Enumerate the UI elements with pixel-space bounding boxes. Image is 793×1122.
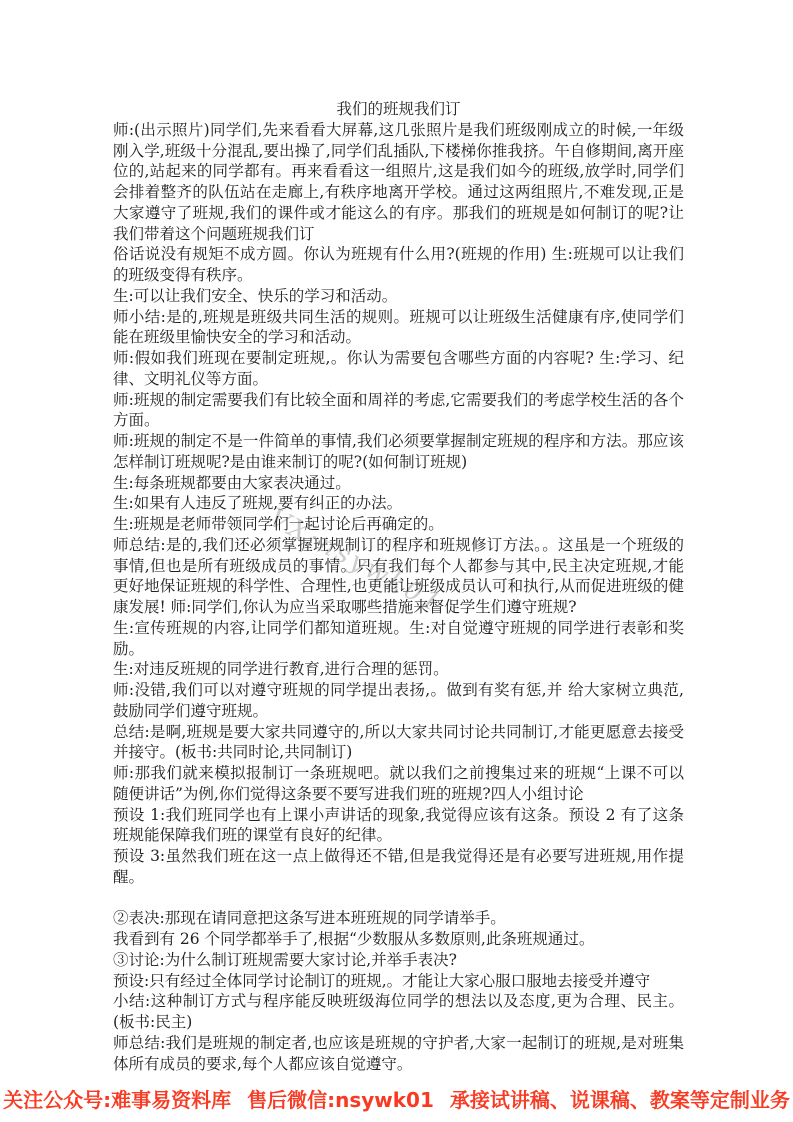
paragraph: ②表决:那现在请同意把这条写进本班班规的同学请举手。 <box>113 908 684 929</box>
paragraph: 预设 3:虽然我们班在这一点上做得还不错,但是我觉得还是有必要写进班规,用作提醒… <box>113 846 684 888</box>
paragraph: 生:宣传班规的内容,让同学们都知道班规。生:对自觉遵守班规的同学进行表彰和奖励。 <box>113 618 684 660</box>
paragraph: 生:班规是老师带领同学们一起讨论后再确定的。 <box>113 514 684 535</box>
paragraph: 师:班规的制定不是一件简单的事情,我们必须要掌握制定班规的程序和方法。那应该怎样… <box>113 431 684 473</box>
paragraph-list: 师:(出示照片)同学们,先来看看大屏幕,这几张照片是我们班级刚成立的时候,一年级… <box>113 120 684 1075</box>
paragraph: 师小结:是的,班规是班级共同生活的规则。班规可以让班级生活健康有序,使同学们能在… <box>113 307 684 349</box>
paragraph: 生:如果有人违反了班规,要有纠正的办法。 <box>113 493 684 514</box>
paragraph: 师:那我们就来模拟报制订一条班规吧。就以我们之前搜集过来的班规“上课不可以随便讲… <box>113 763 684 805</box>
paragraph: 总结:是啊,班规是要大家共同遵守的,所以大家共同讨论共同制订,才能更愿意去接受并… <box>113 722 684 764</box>
footer-services-text: 承接试讲稿、说课稿、教案等定制业务 <box>450 1084 790 1113</box>
paragraph: ③讨论:为什么制订班规需要大家讨论,并举手表决? <box>113 950 684 971</box>
paragraph: 生:对违反班规的同学进行教育,进行合理的惩罚。 <box>113 659 684 680</box>
page-title: 我们的班规我们订 <box>113 99 684 120</box>
paragraph: 我看到有 26 个同学都举手了,根据“少数服从多数原则,此条班规通过。 <box>113 929 684 950</box>
paragraph: 预设:只有经过全体同学讨论制订的班规,。才能让大家心服口服地去接受并遵守 <box>113 971 684 992</box>
paragraph: 师:没错,我们可以对遵守班规的同学提出表扬,。做到有奖有惩,并 给大家树立典范,… <box>113 680 684 722</box>
document-body: 我们的班规我们订 师:(出示照片)同学们,先来看看大屏幕,这几张照片是我们班级刚… <box>113 99 684 1074</box>
paragraph: 师总结:是的,我们还必须掌握班规制订的程序和班规修订方法。。这虽是一个班级的事情… <box>113 535 684 618</box>
paragraph: 预设 1:我们班同学也有上课小声讲话的现象,我觉得应该有这条。预设 2 有了这条… <box>113 805 684 847</box>
paragraph: 俗话说没有规矩不成方圆。你认为班规有什么用?(班规的作用) 生:班规可以让我们的… <box>113 244 684 286</box>
footer-wechat-text: 售后微信:nsywk01 <box>247 1084 434 1113</box>
paragraph: 师:(出示照片)同学们,先来看看大屏幕,这几张照片是我们班级刚成立的时候,一年级… <box>113 120 684 245</box>
paragraph: 师总结:我们是班规的制定者,也应该是班规的守护者,大家一起制订的班规,是对班集体… <box>113 1033 684 1075</box>
paragraph: 师:班规的制定需要我们有比较全面和周祥的考虑,它需要我们的考虑学校生活的各个方面… <box>113 390 684 432</box>
document-page: VX:nsywk01 我们的班规我们订 师:(出示照片)同学们,先来看看大屏幕,… <box>0 0 793 1122</box>
paragraph: 小结:这种制订方式与程序能反映班级海位同学的想法以及态度,更为合理、民主。(板书… <box>113 991 684 1033</box>
footer-account-text: 关注公众号:难事易资料库 <box>3 1084 231 1113</box>
paragraph: 生:可以让我们安全、快乐的学习和活动。 <box>113 286 684 307</box>
paragraph: 生:每条班规都要由大家表决通过。 <box>113 473 684 494</box>
paragraph: 师:假如我们班现在要制定班规,。你认为需要包含哪些方面的内容呢? 生:学习、纪律… <box>113 348 684 390</box>
footer-banner: 关注公众号:难事易资料库 售后微信:nsywk01 承接试讲稿、说课稿、教案等定… <box>0 1084 793 1113</box>
